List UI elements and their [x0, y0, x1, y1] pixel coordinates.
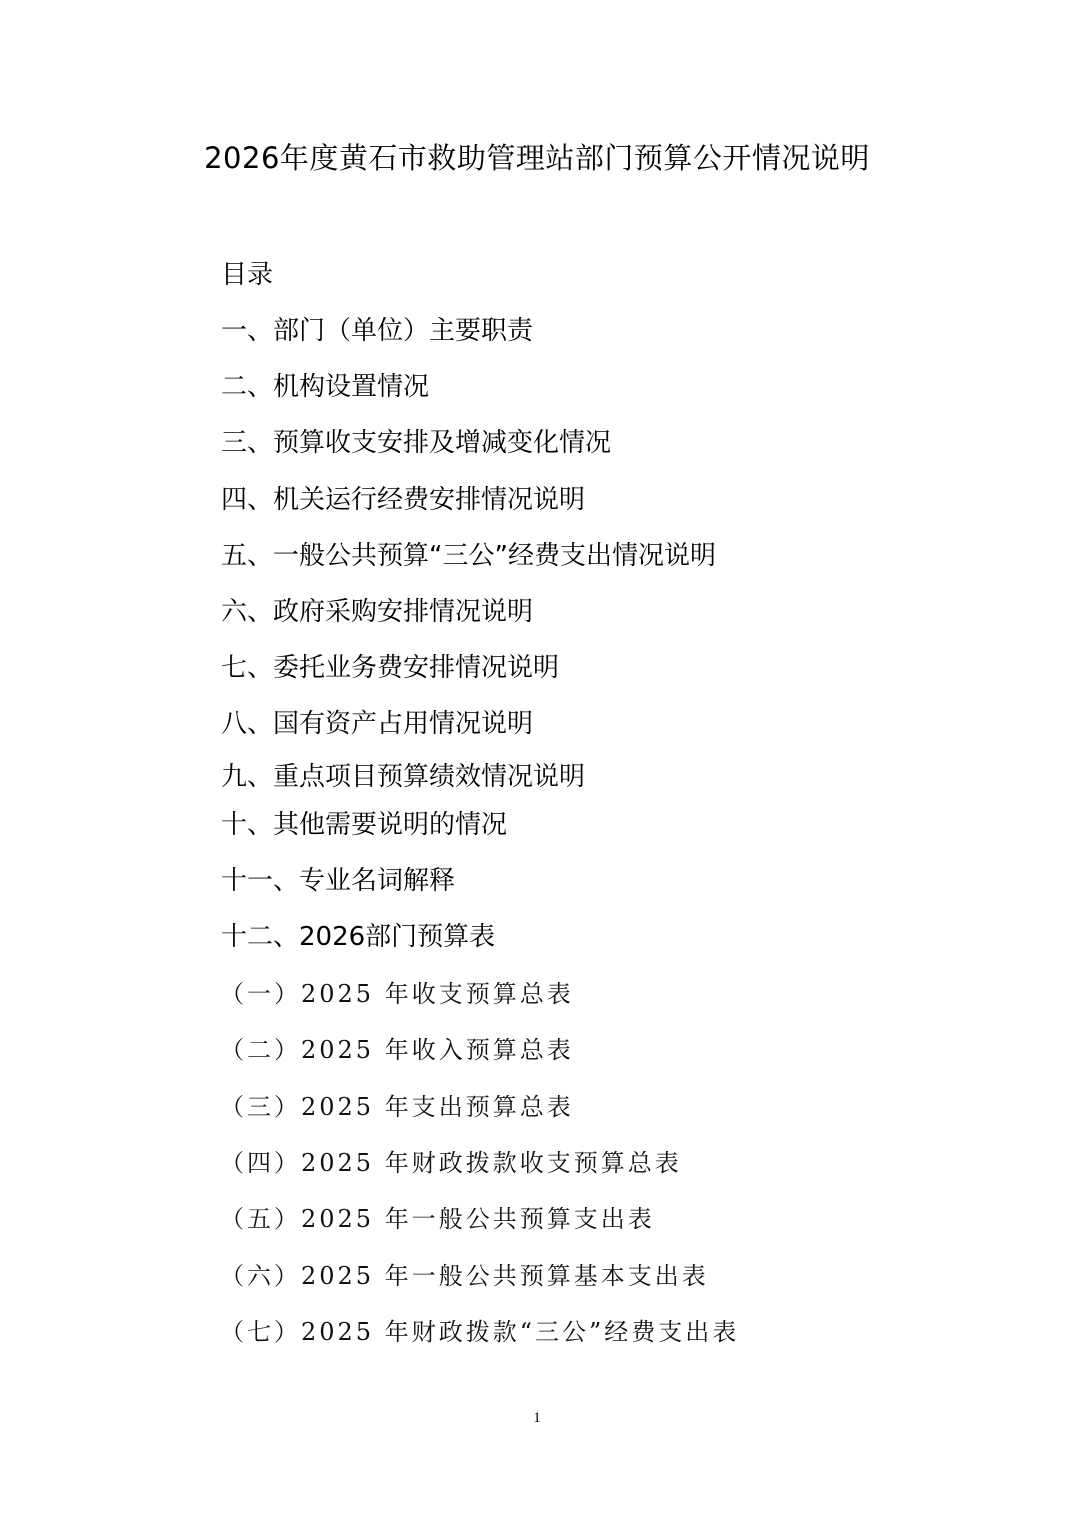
toc-item: 五、一般公共预算“三公”经费支出情况说明: [221, 535, 716, 572]
toc-item: 八、国有资产占用情况说明: [221, 703, 533, 740]
toc-item: 三、预算收支安排及增减变化情况: [221, 422, 611, 459]
toc-item: 九、重点项目预算绩效情况说明: [221, 756, 585, 793]
budget-table-item: （七）2025 年财政拨款“三公”经费支出表: [220, 1312, 739, 1347]
budget-table-item: （一）2025 年收支预算总表: [220, 974, 574, 1009]
toc-item: 一、部门（单位）主要职责: [221, 310, 533, 347]
toc-item: 二、机构设置情况: [221, 366, 429, 403]
page-number: 1: [0, 1410, 1074, 1427]
toc-item: 六、政府采购安排情况说明: [221, 591, 533, 628]
toc-item: 十、其他需要说明的情况: [221, 804, 507, 841]
budget-table-item: （三）2025 年支出预算总表: [220, 1087, 574, 1122]
toc-item: 十二、2026部门预算表: [221, 916, 495, 953]
budget-table-item: （五）2025 年一般公共预算支出表: [220, 1199, 655, 1234]
document-title: 2026年度黄石市救助管理站部门预算公开情况说明: [0, 136, 1074, 177]
toc-item: 四、机关运行经费安排情况说明: [221, 479, 585, 516]
toc-heading: 目录: [221, 254, 273, 291]
budget-table-item: （二）2025 年收入预算总表: [220, 1030, 574, 1065]
budget-table-item: （六）2025 年一般公共预算基本支出表: [220, 1256, 709, 1291]
toc-item: 十一、专业名词解释: [221, 860, 455, 897]
toc-item: 七、委托业务费安排情况说明: [221, 647, 559, 684]
budget-table-item: （四）2025 年财政拨款收支预算总表: [220, 1143, 682, 1178]
